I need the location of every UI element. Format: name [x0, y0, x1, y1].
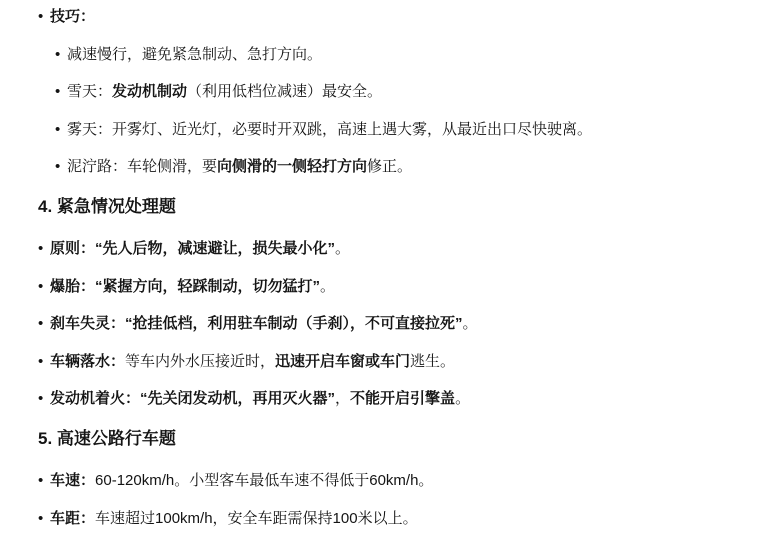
list-item-text: 原则：“先人后物，减速避让，损失最小化”。 [50, 238, 350, 260]
body-text: 。 [455, 390, 470, 407]
list-item-text: 爆胎：“紧握方向，轻踩制动，切勿猛打”。 [50, 276, 335, 298]
bullet-icon: • [38, 470, 50, 492]
body-text: 。 [335, 240, 350, 257]
list-item-text: 刹车失灵：“抢挂低档，利用驻车制动（手刹），不可直接拉死”。 [50, 313, 478, 335]
emphasis-text: 爆胎： [50, 278, 95, 295]
emphasis-text: “抢挂低档，利用驻车制动（手刹），不可直接拉死” [125, 315, 463, 332]
emphasis-text: 迅速开启车窗或车门 [275, 353, 410, 370]
body-text: 修正。 [367, 158, 412, 175]
list-item: •技巧： [38, 6, 764, 28]
body-text: 泥泞路：车轮侧滑，要 [67, 158, 217, 175]
list-item-text: 雾天：开雾灯、近光灯，必要时开双跳，高速上遇大雾，从最近出口尽快驶离。 [67, 119, 592, 141]
section-heading: 5. 高速公路行车题 [38, 426, 764, 452]
bullet-icon: • [55, 156, 67, 178]
emphasis-text: 发动机着火： [50, 390, 140, 407]
body-text: 。 [463, 315, 478, 332]
body-text: ， [335, 390, 350, 407]
bullet-icon: • [55, 81, 67, 103]
emphasis-text: “紧握方向，轻踩制动，切勿猛打” [95, 278, 320, 295]
bullet-icon: • [38, 313, 50, 335]
emphasis-text: 原则： [50, 240, 95, 257]
list-item: •雾天：开雾灯、近光灯，必要时开双跳，高速上遇大雾，从最近出口尽快驶离。 [55, 119, 764, 141]
body-text: 雾天：开雾灯、近光灯，必要时开双跳，高速上遇大雾，从最近出口尽快驶离。 [67, 121, 592, 138]
body-text: 逃生。 [410, 353, 455, 370]
list-item: •原则：“先人后物，减速避让，损失最小化”。 [38, 238, 764, 260]
list-item: •雪天：发动机制动（利用低档位减速）最安全。 [55, 81, 764, 103]
document-page: •技巧：•减速慢行，避免紧急制动、急打方向。•雪天：发动机制动（利用低档位减速）… [0, 0, 784, 553]
list-item-text: 车距：车速超过100km/h，安全车距需保持100米以上。 [50, 508, 418, 530]
heading-text: 4. 紧急情况处理题 [38, 197, 176, 216]
document-content: •技巧：•减速慢行，避免紧急制动、急打方向。•雪天：发动机制动（利用低档位减速）… [38, 6, 764, 530]
list-item-text: 发动机着火：“先关闭发动机，再用灭火器”，不能开启引擎盖。 [50, 388, 470, 410]
emphasis-text: “先关闭发动机，再用灭火器” [140, 390, 335, 407]
list-item-text: 减速慢行，避免紧急制动、急打方向。 [67, 44, 322, 66]
emphasis-text: 车距： [50, 510, 95, 527]
bullet-icon: • [38, 388, 50, 410]
emphasis-text: 向侧滑的一侧轻打方向 [217, 158, 367, 175]
body-text: 减速慢行，避免紧急制动、急打方向。 [67, 46, 322, 63]
list-item: •车速：60-120km/h。小型客车最低车速不得低于60km/h。 [38, 470, 764, 492]
emphasis-text: 刹车失灵： [50, 315, 125, 332]
bullet-icon: • [55, 44, 67, 66]
list-item-text: 泥泞路：车轮侧滑，要向侧滑的一侧轻打方向修正。 [67, 156, 412, 178]
heading-text: 5. 高速公路行车题 [38, 429, 176, 448]
section-heading: 4. 紧急情况处理题 [38, 194, 764, 220]
list-item-text: 车辆落水：等车内外水压接近时，迅速开启车窗或车门逃生。 [50, 351, 455, 373]
body-text: 车速超过100km/h，安全车距需保持100米以上。 [95, 510, 418, 527]
emphasis-text: 发动机制动 [112, 83, 187, 100]
body-text: 等车内外水压接近时， [125, 353, 275, 370]
emphasis-text: 技巧： [50, 8, 95, 25]
list-item-text: 技巧： [50, 6, 95, 28]
bullet-icon: • [38, 508, 50, 530]
bullet-icon: • [38, 351, 50, 373]
body-text: 60-120km/h。小型客车最低车速不得低于60km/h。 [95, 472, 433, 489]
list-item-text: 雪天：发动机制动（利用低档位减速）最安全。 [67, 81, 382, 103]
body-text: 。 [320, 278, 335, 295]
emphasis-text: 不能开启引擎盖 [350, 390, 455, 407]
bullet-icon: • [55, 119, 67, 141]
body-text: 雪天： [67, 83, 112, 100]
bullet-icon: • [38, 6, 50, 28]
list-item: •爆胎：“紧握方向，轻踩制动，切勿猛打”。 [38, 276, 764, 298]
list-item: •刹车失灵：“抢挂低档，利用驻车制动（手刹），不可直接拉死”。 [38, 313, 764, 335]
bullet-icon: • [38, 238, 50, 260]
list-item: •发动机着火：“先关闭发动机，再用灭火器”，不能开启引擎盖。 [38, 388, 764, 410]
emphasis-text: 车辆落水： [50, 353, 125, 370]
emphasis-text: 车速： [50, 472, 95, 489]
list-item: •减速慢行，避免紧急制动、急打方向。 [55, 44, 764, 66]
body-text: （利用低档位减速）最安全。 [187, 83, 382, 100]
list-item-text: 车速：60-120km/h。小型客车最低车速不得低于60km/h。 [50, 470, 433, 492]
list-item: •车辆落水：等车内外水压接近时，迅速开启车窗或车门逃生。 [38, 351, 764, 373]
list-item: •泥泞路：车轮侧滑，要向侧滑的一侧轻打方向修正。 [55, 156, 764, 178]
emphasis-text: “先人后物，减速避让，损失最小化” [95, 240, 335, 257]
bullet-icon: • [38, 276, 50, 298]
list-item: •车距：车速超过100km/h，安全车距需保持100米以上。 [38, 508, 764, 530]
